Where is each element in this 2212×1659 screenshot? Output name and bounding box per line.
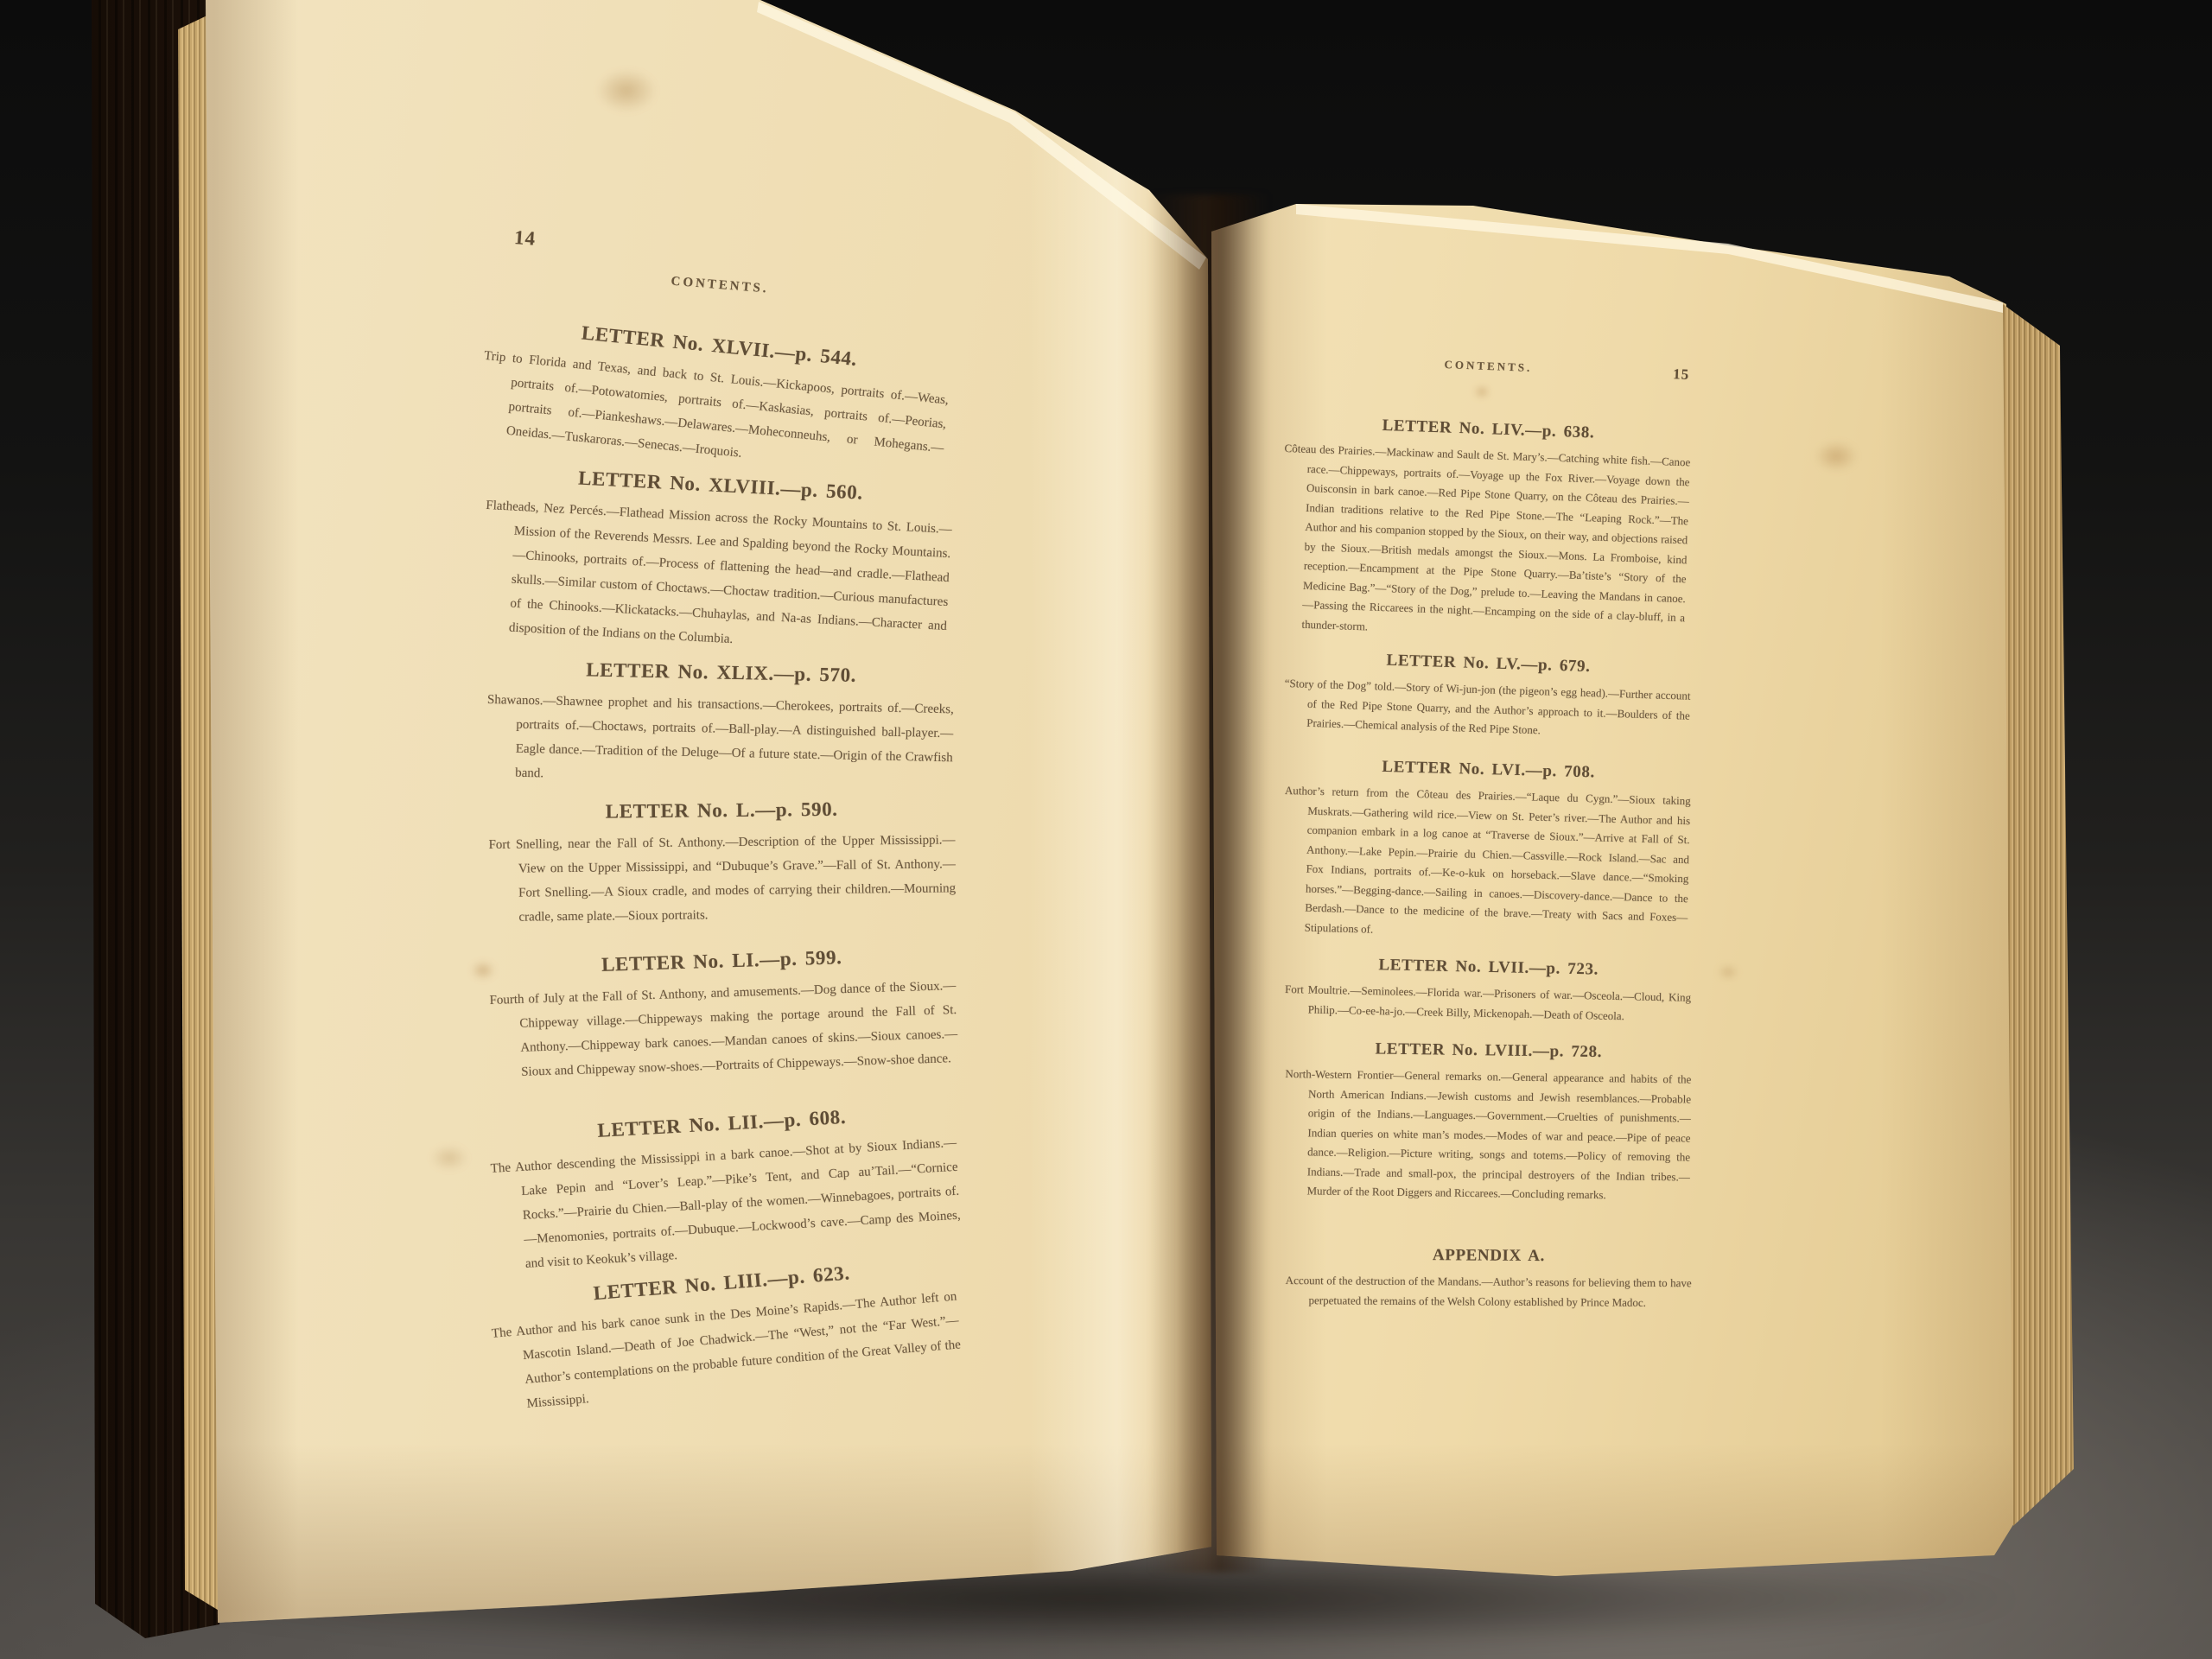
book-spine-leather — [0, 0, 2212, 1659]
letter-summary: Shawanos.—Shawnee prophet and his transa… — [486, 688, 954, 794]
book-spine-texture — [0, 0, 2212, 1659]
right-page-paper — [0, 0, 2212, 1659]
toc-section-letter-47: LETTER No. XLVII.—p. 544. Trip to Florid… — [476, 313, 953, 485]
foxing-stain — [596, 69, 657, 112]
letter-summary: Fort Moultrie.—Seminolees.—Florida war.—… — [1284, 980, 1691, 1027]
left-page-number: 14 — [513, 226, 537, 251]
toc-section-letter-57: LETTER No. LVII.—p. 723. Fort Moultrie.—… — [1284, 954, 1691, 1027]
toc-section-letter-50: LETTER No. L.—p. 590. Fort Snelling, nea… — [488, 797, 957, 930]
letter-summary: Author’s return from the Côteau des Prai… — [1281, 781, 1692, 947]
letter-heading: LETTER No. LVII.—p. 723. — [1286, 954, 1692, 981]
right-page-shading — [0, 0, 2212, 1659]
toc-section-letter-49: LETTER No. XLIX.—p. 570. Shawanos.—Shawn… — [486, 657, 955, 794]
foxing-stain — [1718, 964, 1738, 980]
letter-heading: LETTER No. LI.—p. 599. — [488, 943, 956, 979]
letter-heading: LETTER No. XLIX.—p. 570. — [487, 657, 954, 688]
left-page-paper — [0, 0, 2212, 1659]
right-running-header-row: CONTENTS. 15 — [1285, 349, 1692, 385]
photo-of-open-book: 14 CONTENTS. LETTER No. XLVII.—p. 544. T… — [0, 0, 2212, 1659]
left-running-header: CONTENTS. — [486, 255, 954, 315]
left-page-curled-edge-highlight — [0, 0, 2212, 1659]
left-page-shading — [0, 0, 2212, 1659]
appendix-summary: Account of the destruction of the Mandan… — [1285, 1271, 1691, 1313]
toc-section-letter-53: LETTER No. LIII.—p. 623. The Author and … — [488, 1254, 963, 1419]
toc-section-letter-51: LETTER No. LI.—p. 599. Fourth of July at… — [488, 943, 958, 1085]
letter-heading: LETTER No. LVIII.—p. 728. — [1286, 1039, 1692, 1063]
right-page-edge-stack — [0, 0, 2212, 1659]
letter-heading: LETTER No. L.—p. 590. — [488, 797, 955, 823]
letter-summary: North-Western Frontier—General remarks o… — [1283, 1065, 1691, 1206]
toc-section-appendix-a: APPENDIX A. Account of the destruction o… — [1285, 1245, 1692, 1313]
toc-section-letter-54: LETTER No. LIV.—p. 638. Côteau des Prair… — [1278, 413, 1692, 647]
letter-summary: “Story of the Dog” told.—Story of Wi-jun… — [1283, 674, 1691, 745]
letter-summary: Fort Snelling, near the Fall of St. Anth… — [488, 828, 956, 930]
toc-section-letter-58: LETTER No. LVIII.—p. 728. North-Western … — [1283, 1039, 1692, 1206]
toc-section-letter-55: LETTER No. LV.—p. 679. “Story of the Dog… — [1283, 648, 1692, 745]
letter-summary: Flatheads, Nez Percés.—Flathead Mission … — [479, 493, 952, 663]
gutter-shadow — [1149, 194, 1279, 1573]
letter-summary: Fourth of July at the Fall of St. Anthon… — [489, 974, 958, 1085]
foxing-stain — [1474, 385, 1490, 398]
toc-section-letter-48: LETTER No. XLVIII.—p. 560. Flatheads, Ne… — [479, 462, 954, 663]
letter-summary: Côteau des Prairies.—Mackinaw and Sault … — [1278, 439, 1691, 647]
toc-section-letter-52: LETTER No. LII.—p. 608. The Author desce… — [488, 1100, 963, 1278]
right-page-top-edge-highlight — [0, 0, 2212, 1659]
left-page-edge-stack — [0, 0, 2212, 1659]
letter-summary: The Author descending the Mississippi in… — [490, 1131, 963, 1278]
foxing-stain — [1815, 441, 1858, 472]
book-cast-shadow — [164, 1547, 2022, 1650]
toc-section-letter-56: LETTER No. LVI.—p. 708. Author’s return … — [1281, 755, 1692, 947]
letter-heading: LETTER No. LVI.—p. 708. — [1285, 755, 1691, 784]
foxing-stain — [430, 1145, 468, 1171]
appendix-heading: APPENDIX A. — [1286, 1245, 1692, 1266]
letter-heading: LETTER No. LV.—p. 679. — [1285, 648, 1691, 679]
right-running-header: CONTENTS. — [1444, 358, 1532, 374]
right-page-number: 15 — [1673, 365, 1690, 385]
